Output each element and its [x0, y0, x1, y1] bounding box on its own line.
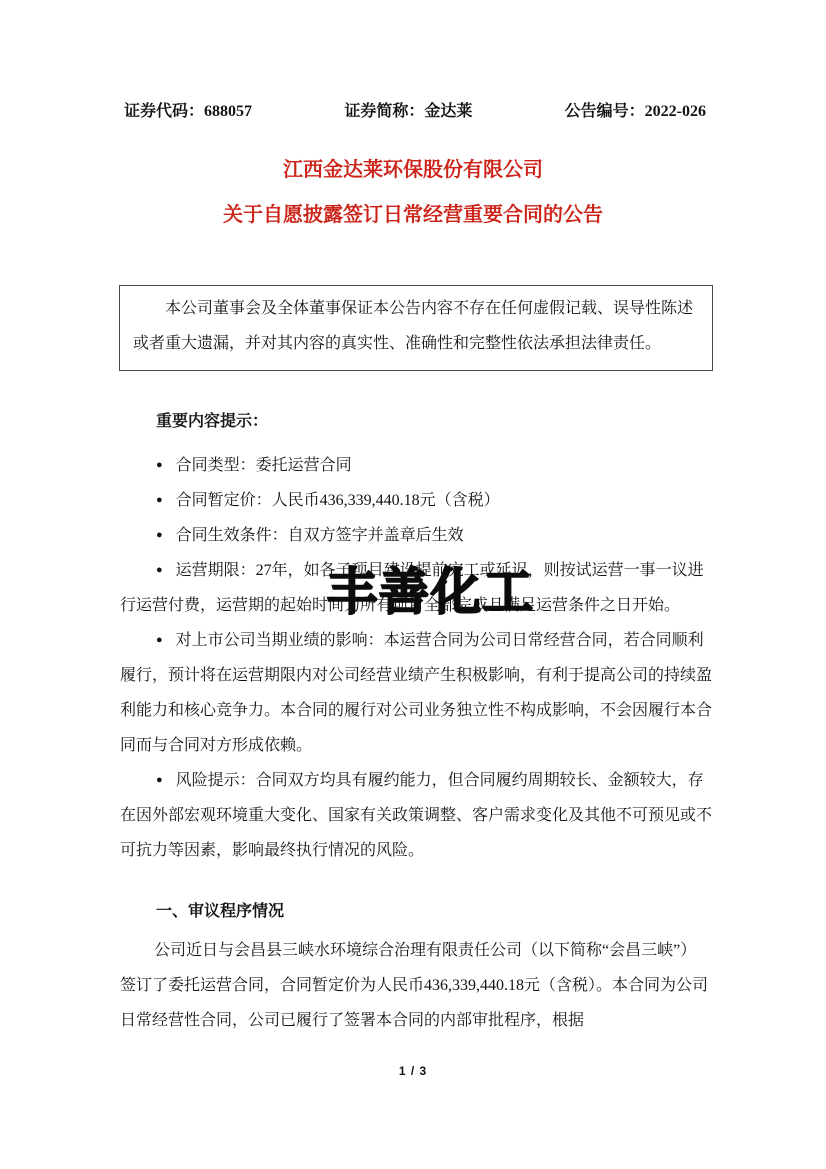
bullet-item: ●合同类型：委托运营合同	[120, 448, 712, 483]
header-row: 证券代码：688057 证券简称：金达莱 公告编号：2022-026	[124, 98, 706, 121]
stock-code: 证券代码：688057	[124, 98, 252, 121]
bullet-marker-icon: ●	[156, 529, 163, 541]
highlights-list: ●合同类型：委托运营合同 ●合同暂定价：人民币436,339,440.18元（含…	[120, 448, 712, 868]
company-title: 江西金达莱环保股份有限公司	[0, 157, 826, 183]
document-page: 证券代码：688057 证券简称：金达莱 公告编号：2022-026 江西金达莱…	[0, 0, 826, 1169]
bullet-item: ●合同暂定价：人民币436,339,440.18元（含税）	[120, 483, 712, 518]
stock-name: 证券简称：金达莱	[344, 98, 472, 121]
bullet-marker-icon: ●	[156, 634, 163, 646]
bullet-item: ●风险提示：合同双方均具有履约能力，但合同履约周期较长、金额较大，存在因外部宏观…	[120, 763, 712, 868]
section-heading: 一、审议程序情况	[156, 902, 712, 922]
bullet-text: 对上市公司当期业绩的影响：本运营合同为公司日常经营合同，若合同顺利履行，预计将在…	[120, 632, 712, 754]
bullet-marker-icon: ●	[156, 494, 163, 506]
bullet-marker-icon: ●	[156, 459, 163, 471]
bullet-text: 合同暂定价：人民币436,339,440.18元（含税）	[176, 492, 500, 509]
bullet-text: 风险提示：合同双方均具有履约能力，但合同履约周期较长、金额较大，存在因外部宏观环…	[120, 772, 712, 859]
highlights-heading: 重要内容提示：	[156, 412, 712, 432]
disclaimer-box: 本公司董事会及全体董事保证本公告内容不存在任何虚假记载、误导性陈述或者重大遗漏，…	[119, 285, 713, 371]
bullet-text: 合同类型：委托运营合同	[176, 457, 352, 474]
main-content: 重要内容提示： ●合同类型：委托运营合同 ●合同暂定价：人民币436,339,4…	[120, 412, 712, 1038]
section-paragraphs: 公司近日与会昌县三峡水环境综合治理有限责任公司（以下简称“会昌三峡”）签订了委托…	[120, 933, 712, 1038]
disclaimer-text: 本公司董事会及全体董事保证本公告内容不存在任何虚假记载、误导性陈述或者重大遗漏，…	[133, 291, 699, 361]
title-block: 江西金达莱环保股份有限公司 关于自愿披露签订日常经营重要合同的公告	[0, 157, 826, 228]
bullet-marker-icon: ●	[156, 564, 163, 576]
bullet-marker-icon: ●	[156, 774, 163, 786]
page-number: 1 / 3	[0, 1064, 826, 1078]
bullet-item: ●合同生效条件：自双方签字并盖章后生效	[120, 518, 712, 553]
bullet-text: 合同生效条件：自双方签字并盖章后生效	[176, 527, 464, 544]
watermark-text: 丰善化工	[327, 552, 535, 624]
body-paragraph: 公司近日与会昌县三峡水环境综合治理有限责任公司（以下简称“会昌三峡”）签订了委托…	[120, 933, 712, 1038]
bullet-item: ●对上市公司当期业绩的影响：本运营合同为公司日常经营合同，若合同顺利履行，预计将…	[120, 623, 712, 763]
announcement-number: 公告编号：2022-026	[565, 98, 706, 121]
announcement-title: 关于自愿披露签订日常经营重要合同的公告	[0, 202, 826, 228]
